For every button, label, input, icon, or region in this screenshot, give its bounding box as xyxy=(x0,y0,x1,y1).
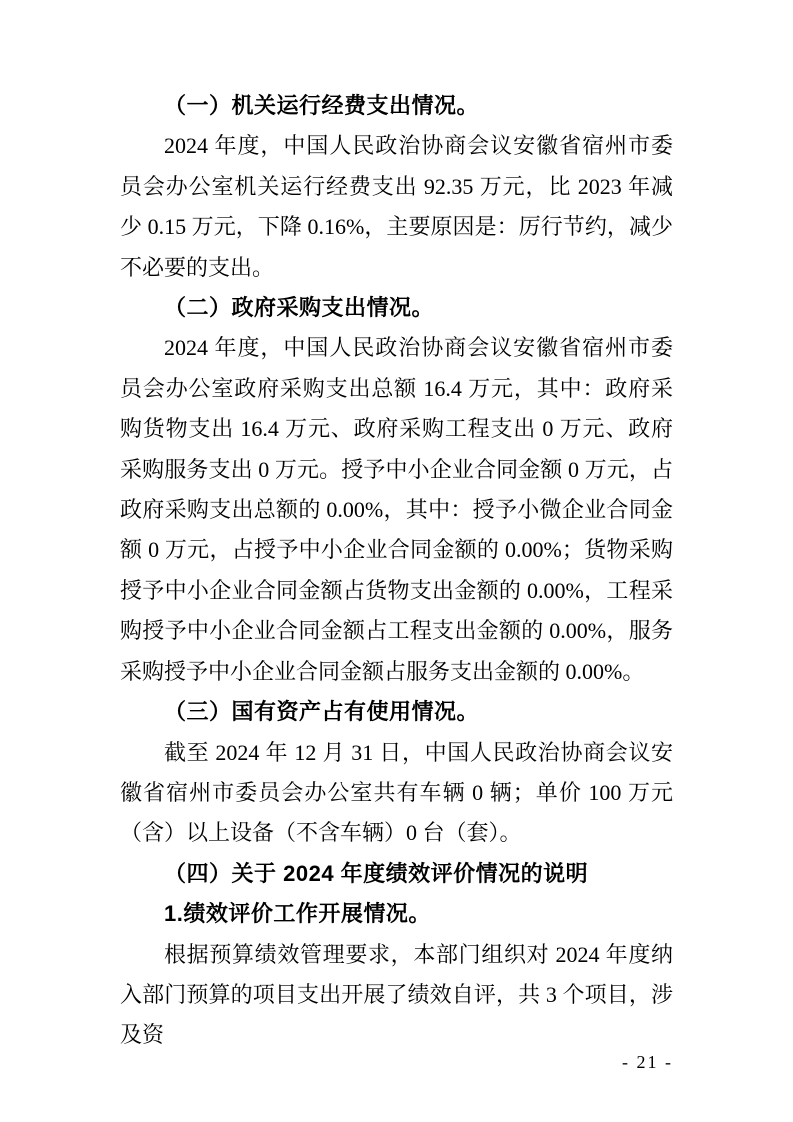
section-heading-gov-procurement: （二）政府采购支出情况。 xyxy=(120,288,673,328)
page-number: - 21 - xyxy=(622,1052,673,1073)
paragraph-operating-expenses: 2024 年度，中国人民政治协商会议安徽省宿州市委员会办公室机关运行经费支出 9… xyxy=(120,126,673,288)
subsection-heading-performance-eval-work: 1.绩效评价工作开展情况。 xyxy=(120,894,673,934)
section-heading-performance-evaluation: （四）关于 2024 年度绩效评价情况的说明 xyxy=(120,854,673,894)
paragraph-performance-eval-work: 根据预算绩效管理要求，本部门组织对 2024 年度纳入部门预算的项目支出开展了绩… xyxy=(120,935,673,1056)
paragraph-state-assets: 截至 2024 年 12 月 31 日，中国人民政治协商会议安徽省宿州市委员会办… xyxy=(120,733,673,854)
document-body: （一）机关运行经费支出情况。 2024 年度，中国人民政治协商会议安徽省宿州市委… xyxy=(120,86,673,1056)
section-heading-operating-expenses: （一）机关运行经费支出情况。 xyxy=(120,86,673,126)
paragraph-gov-procurement: 2024 年度，中国人民政治协商会议安徽省宿州市委员会办公室政府采购支出总额 1… xyxy=(120,328,673,692)
document-page: （一）机关运行经费支出情况。 2024 年度，中国人民政治协商会议安徽省宿州市委… xyxy=(0,0,793,1122)
section-heading-state-assets: （三）国有资产占有使用情况。 xyxy=(120,692,673,732)
